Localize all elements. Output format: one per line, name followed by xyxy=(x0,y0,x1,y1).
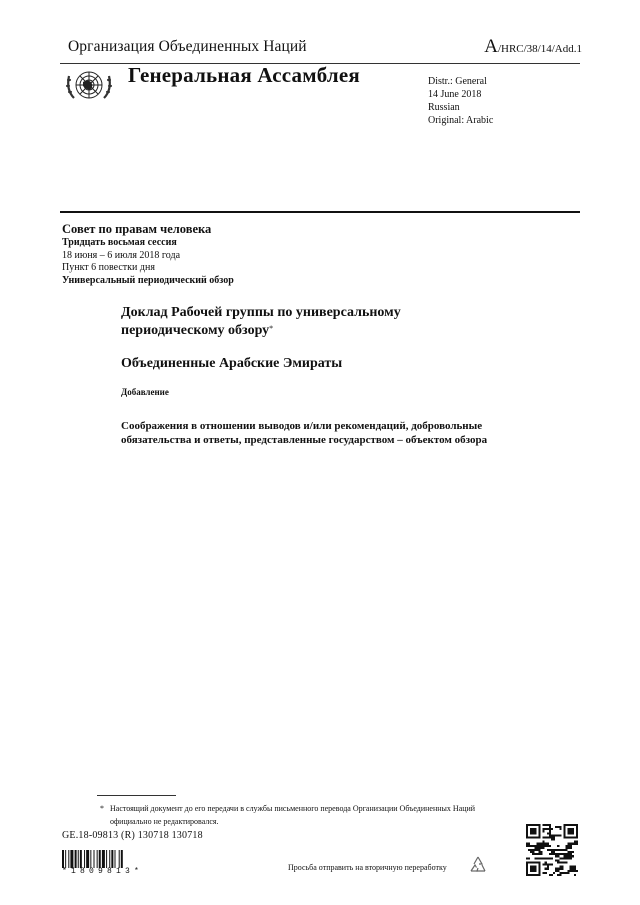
subject-heading: Соображения в отношении выводов и/или ре… xyxy=(121,419,491,447)
original-line: Original: Arabic xyxy=(428,114,493,127)
session-dates: 18 июня – 6 июля 2018 года xyxy=(62,250,234,263)
date-line: 14 June 2018 xyxy=(428,88,493,101)
council-block: Совет по правам человека Тридцать восьма… xyxy=(62,222,234,287)
general-assembly-heading: Генеральная Ассамблея xyxy=(128,63,360,88)
qr-code-icon xyxy=(526,824,578,876)
symbol-rest: /HRC/38/14/Add.1 xyxy=(498,43,582,55)
document-symbol: A/HRC/38/14/Add.1 xyxy=(484,36,582,58)
recycle-text: Просьба отправить на вторичную переработ… xyxy=(288,863,447,872)
barcode-icon xyxy=(62,850,152,868)
report-title: Доклад Рабочей группы по универсальному … xyxy=(121,305,461,339)
job-number: GE.18-09813 (R) 130718 130718 xyxy=(62,830,203,841)
recycle-icon xyxy=(468,855,488,875)
agenda-title: Универсальный периодический обзор xyxy=(62,275,234,288)
distribution-block: Distr.: General 14 June 2018 Russian Ori… xyxy=(428,75,493,127)
footnote-mark: * xyxy=(100,802,104,815)
symbol-prefix: A xyxy=(484,36,498,57)
section-rule xyxy=(60,211,580,213)
agenda-item: Пункт 6 повестки дня xyxy=(62,262,234,275)
council-name: Совет по правам человека xyxy=(62,222,234,237)
footnote-text: Настоящий документ до его передачи в слу… xyxy=(110,804,475,826)
organization-name: Организация Объединенных Наций xyxy=(68,38,307,56)
session-name: Тридцать восьмая сессия xyxy=(62,237,234,250)
country-name: Объединенные Арабские Эмираты xyxy=(121,356,342,372)
barcode-text: *1809813* xyxy=(62,867,143,876)
language-line: Russian xyxy=(428,101,493,114)
footnote-rule xyxy=(97,795,176,796)
distr-line: Distr.: General xyxy=(428,75,493,88)
title-footnote-mark: * xyxy=(269,324,273,333)
footnote: * Настоящий документ до его передачи в с… xyxy=(110,802,490,828)
un-emblem-icon xyxy=(63,68,115,102)
report-title-text: Доклад Рабочей группы по универсальному … xyxy=(121,305,401,338)
addendum-label: Добавление xyxy=(121,387,169,397)
